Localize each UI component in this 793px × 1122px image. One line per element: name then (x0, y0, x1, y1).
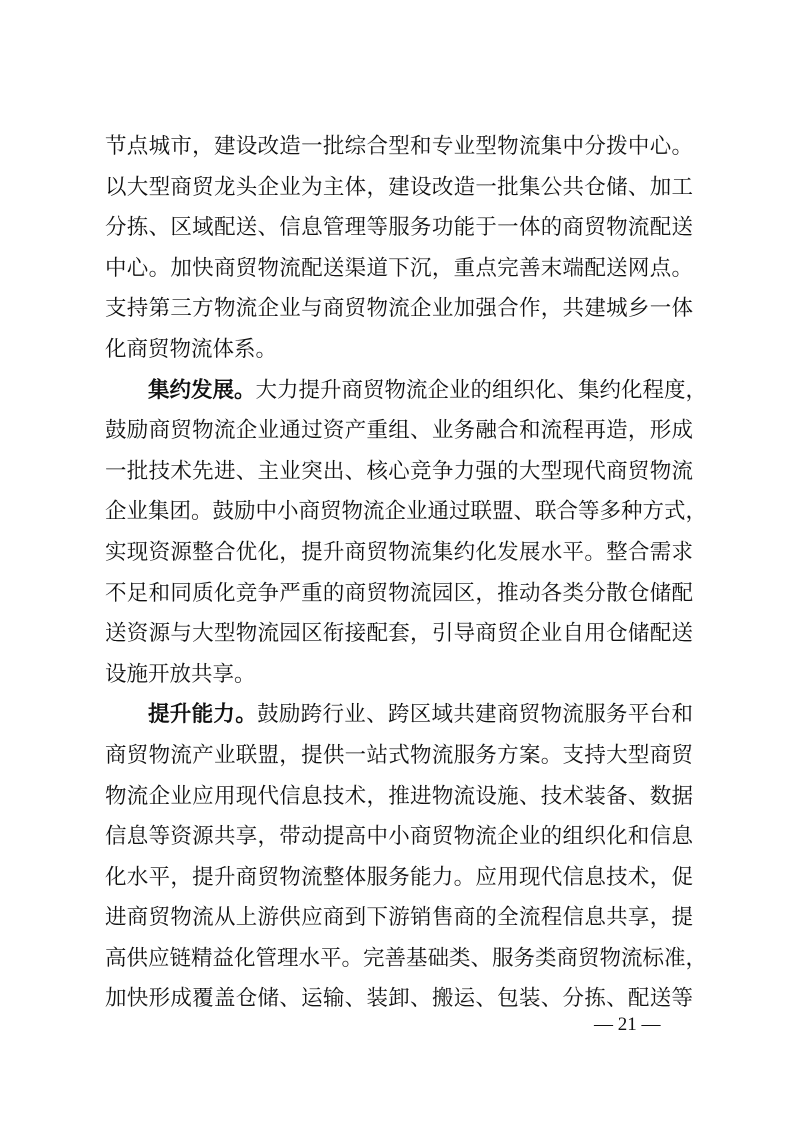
page-number: — 21 — (594, 1014, 661, 1036)
text-line: 商贸物流产业联盟，提供一站式物流服务方案。支持大型商贸 (105, 736, 693, 777)
text-line: 高供应链精益化管理水平。完善基础类、服务类商贸物流标准， (105, 939, 693, 980)
text-line: 节点城市，建设改造一批综合型和专业型物流集中分拨中心。 (105, 127, 693, 168)
paragraph-first-line: 集约发展。大力提升商贸物流企业的组织化、集约化程度， (105, 371, 693, 412)
text-line: 化水平，提升商贸物流整体服务能力。应用现代信息技术，促 (105, 858, 693, 899)
paragraph-first-line: 提升能力。鼓励跨行业、跨区域共建商贸物流服务平台和 (105, 695, 693, 736)
text-span: 鼓励跨行业、跨区域共建商贸物流服务平台和 (257, 702, 693, 727)
text-line: 不足和同质化竞争严重的商贸物流园区，推动各类分散仓储配 (105, 574, 693, 615)
text-line: 物流企业应用现代信息技术，推进物流设施、技术装备、数据 (105, 777, 693, 818)
text-span: 大力提升商贸物流企业的组织化、集约化程度， (256, 378, 708, 403)
text-line: 一批技术先进、主业突出、核心竞争力强的大型现代商贸物流 (105, 452, 693, 493)
text-line: 信息等资源共享，带动提高中小商贸物流企业的组织化和信息 (105, 817, 693, 858)
text-line: 化商贸物流体系。 (105, 330, 693, 371)
paragraph-heading: 提升能力。 (148, 702, 257, 727)
text-line: 支持第三方物流企业与商贸物流企业加强合作，共建城乡一体 (105, 289, 693, 330)
paragraph-heading: 集约发展。 (148, 378, 256, 403)
text-line: 企业集团。鼓励中小商贸物流企业通过联盟、联合等多种方式， (105, 492, 693, 533)
text-line: 鼓励商贸物流企业通过资产重组、业务融合和流程再造，形成 (105, 411, 693, 452)
text-line: 实现资源整合优化，提升商贸物流集约化发展水平。整合需求 (105, 533, 693, 574)
text-line: 设施开放共享。 (105, 655, 693, 696)
text-line: 分拣、区域配送、信息管理等服务功能于一体的商贸物流配送 (105, 208, 693, 249)
text-line: 进商贸物流从上游供应商到下游销售商的全流程信息共享，提 (105, 898, 693, 939)
text-line: 中心。加快商贸物流配送渠道下沉，重点完善末端配送网点。 (105, 249, 693, 290)
text-line: 以大型商贸龙头企业为主体，建设改造一批集公共仓储、加工 (105, 168, 693, 209)
document-page: 节点城市，建设改造一批综合型和专业型物流集中分拨中心。 以大型商贸龙头企业为主体… (0, 0, 793, 1122)
text-line: 送资源与大型物流园区衔接配套，引导商贸企业自用仓储配送 (105, 614, 693, 655)
body-text: 节点城市，建设改造一批综合型和专业型物流集中分拨中心。 以大型商贸龙头企业为主体… (105, 127, 693, 1020)
